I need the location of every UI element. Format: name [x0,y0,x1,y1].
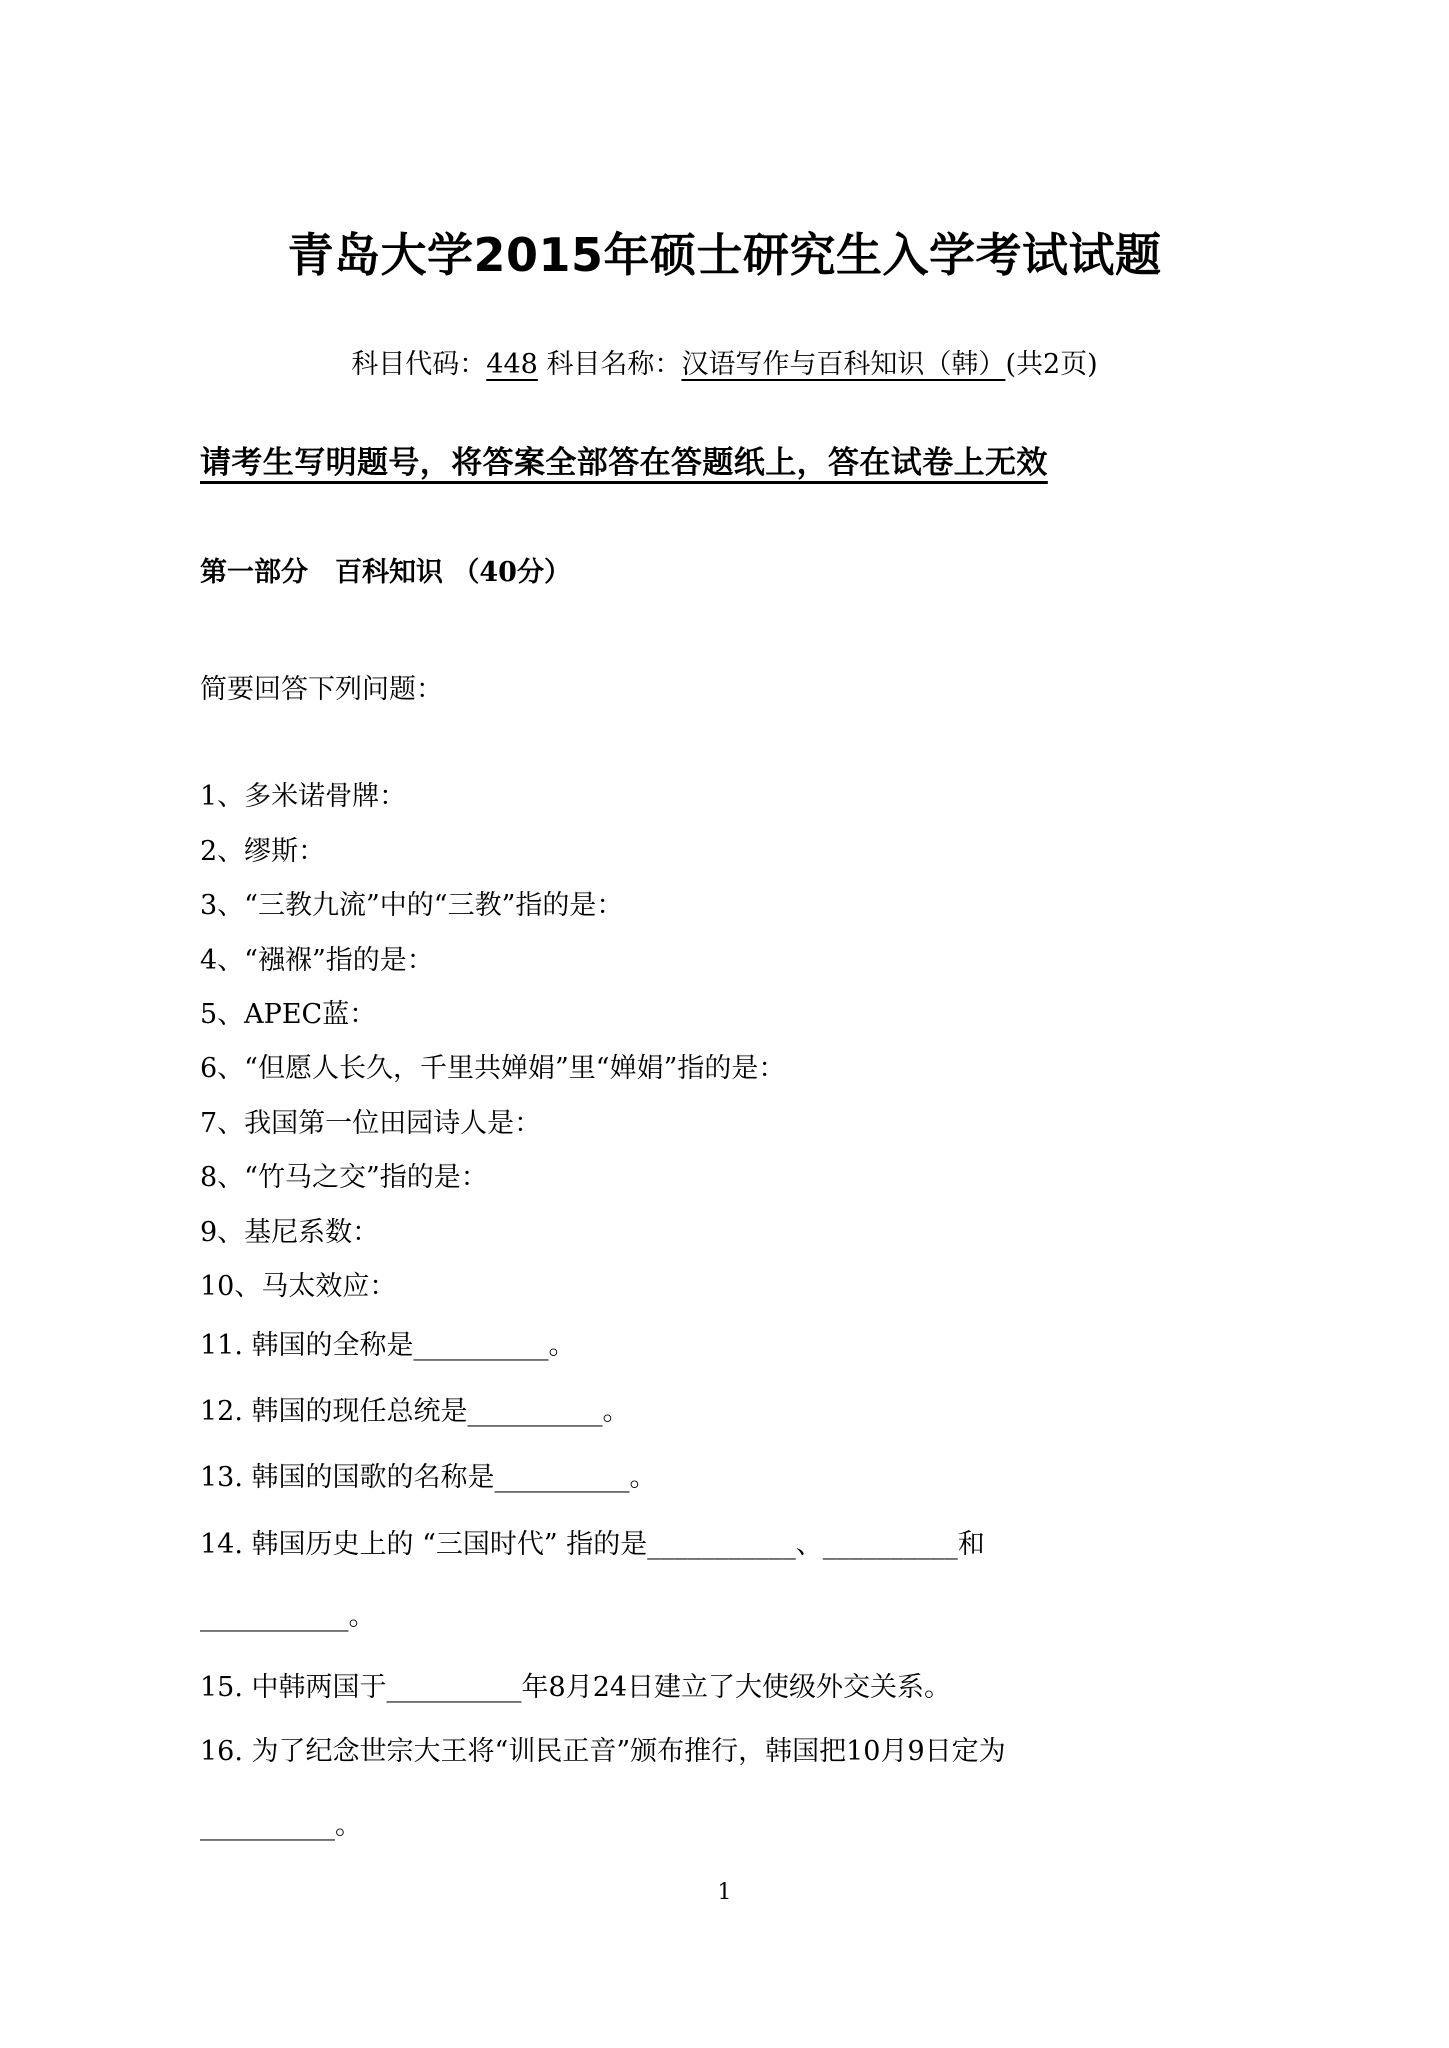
question-item: 10、马太效应： [200,1267,396,1307]
question-item: 6、“但愿人长久，千里共婵娟”里“婵娟”指的是： [200,1049,785,1089]
question-item: 2、缪斯： [200,832,325,872]
question-item: 16. 为了纪念世宗大王将“训民正音”颁布推行，韩国把10月9日定为 [200,1732,1006,1772]
subject-code-value: 448 [486,349,538,380]
question-item: 11. 韩国的全称是__________。 [200,1326,576,1366]
question-item: 15. 中韩两国于__________年8月24日建立了大使级外交关系。 [200,1668,951,1708]
question-item: 9、基尼系数： [200,1213,379,1253]
answer-notice: 请考生写明题号，将答案全部答在答题纸上，答在试卷上无效 [200,440,1048,486]
question-item: 7、我国第一位田园诗人是： [200,1104,541,1144]
subject-name-value: 汉语写作与百科知识（韩） [681,349,1005,380]
question-continuation: ___________。 [200,1597,376,1637]
subject-info: 科目代码：448 科目名称：汉语写作与百科知识（韩）(共2页) [0,345,1449,385]
exam-title: 青岛大学2015年硕士研究生入学考试试题 [0,222,1449,288]
question-item: 3、“三教九流”中的“三教”指的是： [200,886,623,926]
subject-code-label: 科目代码： [351,349,486,380]
section-heading: 第一部分 百科知识 （40分） [200,553,571,593]
question-item: 1、多米诺骨牌： [200,777,406,817]
question-item: 5、APEC蓝： [200,995,376,1035]
question-item: 8、“竹马之交”指的是： [200,1158,488,1198]
question-item: 4、“襁褓”指的是： [200,941,434,981]
subject-name-label: 科目名称： [546,349,681,380]
page-count: (共2页) [1005,349,1097,380]
question-continuation: __________。 [200,1806,362,1846]
page-number: 1 [0,1878,1449,1908]
section-instruction: 简要回答下列问题： [200,670,443,710]
question-item: 13. 韩国的国歌的名称是__________。 [200,1458,657,1498]
question-item: 14. 韩国历史上的 “三国时代” 指的是___________、_______… [200,1525,985,1565]
question-item: 12. 韩国的现任总统是__________。 [200,1392,630,1432]
